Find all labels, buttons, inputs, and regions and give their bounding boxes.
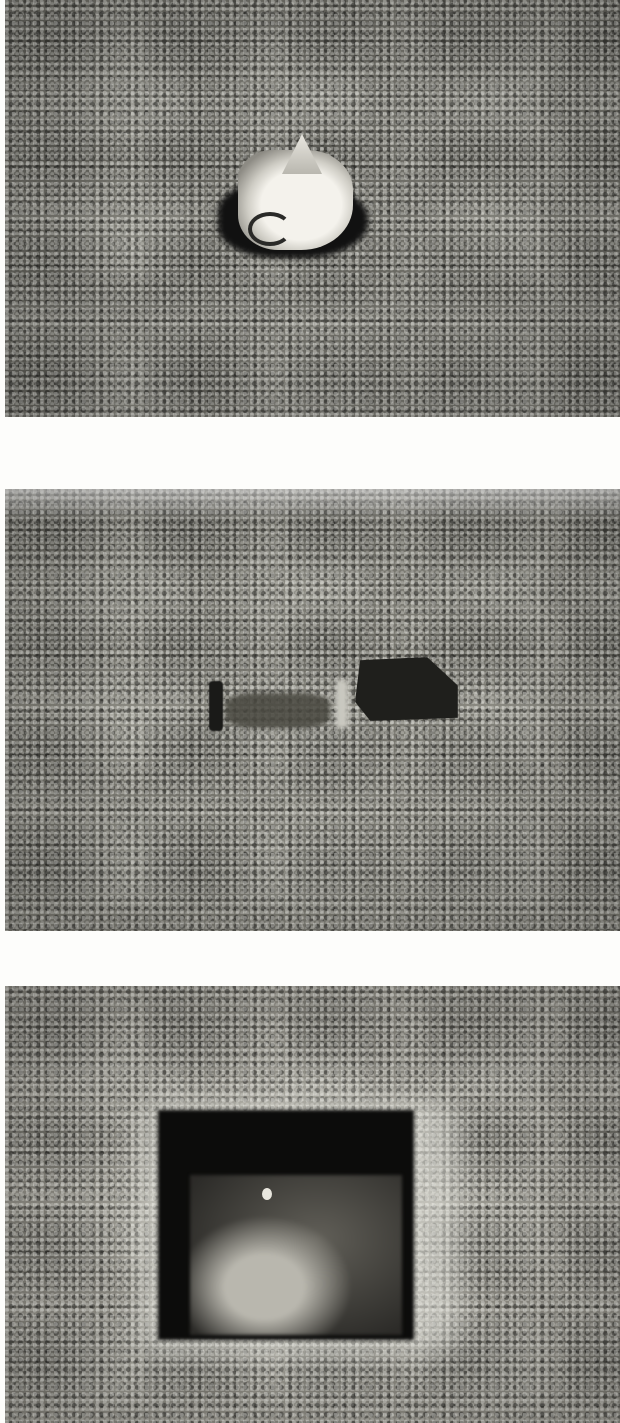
hole-floor xyxy=(190,1175,402,1335)
pebble xyxy=(262,1188,272,1200)
cut-slot xyxy=(209,681,223,731)
turf-divider xyxy=(336,680,348,728)
cloth-fold xyxy=(248,212,292,246)
cut-strip xyxy=(226,693,330,728)
